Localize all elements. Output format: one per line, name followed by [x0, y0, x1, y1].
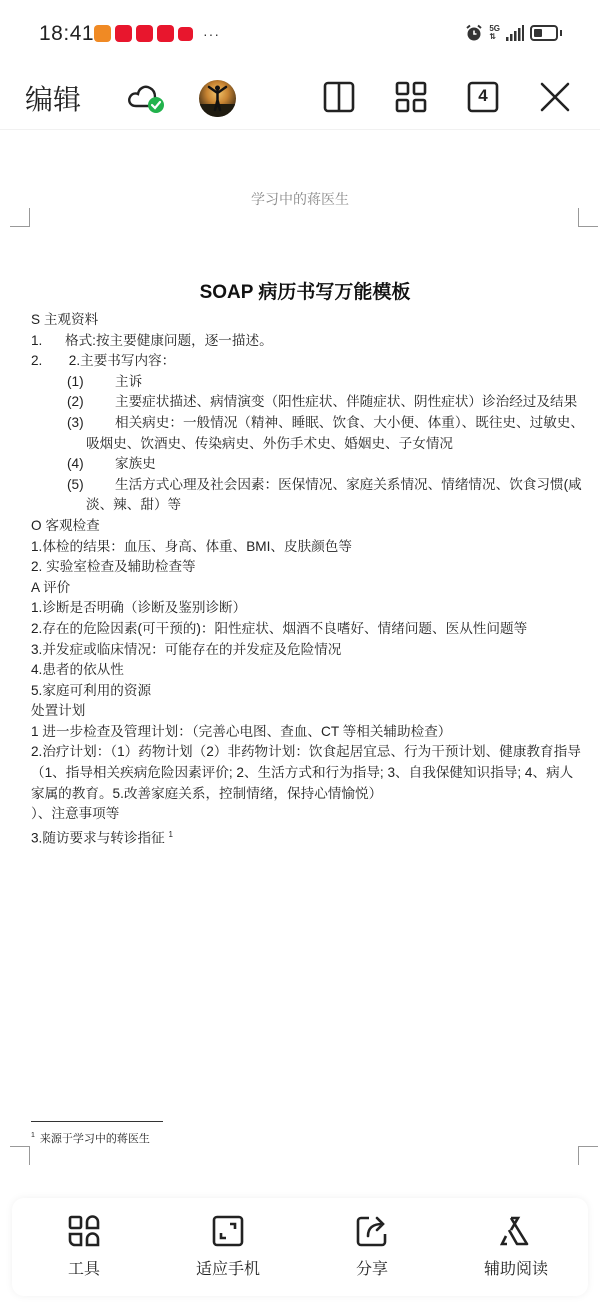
page-header: 学习中的蒋医生 — [0, 189, 600, 209]
clock: 18:41 — [39, 22, 94, 46]
page-count-button[interactable]: 4 — [466, 80, 500, 114]
list-item: 1 进一步检查及管理计划：（完善心电图、查血、CT 等相关辅助检查） — [31, 722, 581, 743]
list-item: 3.并发症或临床情况：可能存在的并发症及危险情况 — [31, 640, 581, 661]
crop-mark — [578, 208, 598, 227]
tools-grid-icon — [67, 1214, 101, 1248]
sub-list-item: (4)家族史 — [67, 454, 581, 475]
crop-mark — [10, 208, 30, 227]
footnote: 1来源于学习中的蒋医生 — [31, 1130, 150, 1146]
split-view-icon[interactable] — [322, 80, 356, 114]
battery-icon — [530, 25, 558, 41]
share-icon — [355, 1214, 389, 1248]
crop-mark — [578, 1146, 598, 1165]
avatar-figure-icon — [199, 80, 236, 117]
battery-tip — [560, 30, 562, 36]
tools-button[interactable]: 工具 — [24, 1214, 144, 1279]
section-heading-p: 处置计划 — [31, 701, 581, 722]
sub-list-item-continuation: 吸烟史、饮酒史、传染病史、外伤手术史、婚姻史、子女情况 — [31, 434, 581, 455]
app-notification-icon — [115, 25, 132, 42]
list-item: 2. 实验室检查及辅助检查等 — [31, 557, 581, 578]
list-item: 4.患者的依从性 — [31, 660, 581, 681]
app-notification-icon — [157, 25, 174, 42]
system-icons: 5G⇅ — [465, 24, 562, 42]
footnote-ref[interactable]: 1 — [168, 830, 172, 839]
list-item: 2. 2.主要书写内容： — [31, 351, 581, 372]
sub-list-item: (5)生活方式心理及社会因素：医保情况、家庭关系情况、情绪情况、饮食习惯(咸 — [67, 475, 581, 496]
fit-phone-button[interactable]: 适应手机 — [168, 1214, 288, 1279]
document-body[interactable]: S 主观资料 1.格式:按主要健康问题，逐一描述。 2. 2.主要书写内容： (… — [31, 310, 581, 849]
page-count: 4 — [466, 86, 500, 106]
edit-button[interactable]: 编辑 — [25, 78, 81, 118]
list-item: 1.体检的结果：血压、身高、体重、BMI、皮肤颜色等 — [31, 537, 581, 558]
app-notification-icon — [94, 25, 111, 42]
sub-list-item: (1)主诉 — [67, 372, 581, 393]
sub-list-item-continuation: 淡、辣、甜）等 — [31, 495, 581, 516]
sub-list-item: (3)相关病史：一般情况（精神、睡眠、饮食、大小便、体重）、既往史、过敏史、 — [67, 413, 581, 434]
more-notifications-icon: ··· — [203, 26, 220, 42]
list-item: 3.随访要求与转诊指征 1 — [31, 825, 581, 849]
avatar[interactable] — [199, 80, 236, 117]
sub-list-item: (2)主要症状描述、病情演变（阳性症状、伴随症状、阴性症状）诊治经过及结果 — [67, 392, 581, 413]
list-item: 2.治疗计划：（1）药物计划（2）非药物计划：饮食起居宜忌、行为干预计划、健康教… — [31, 742, 581, 804]
list-item: 2.存在的危险因素(可干预的)：阳性症状、烟酒不良嗜好、情绪问题、医从性问题等 — [31, 619, 581, 640]
assisted-reading-icon — [497, 1214, 535, 1248]
crop-mark — [10, 1146, 30, 1165]
share-button[interactable]: 分享 — [312, 1214, 432, 1279]
app-notification-icon — [178, 27, 193, 41]
editor-toolbar: 编辑 4 — [0, 64, 600, 130]
app-notification-icon — [136, 25, 153, 42]
footnote-separator — [31, 1121, 163, 1122]
list-item: 1.格式:按主要健康问题，逐一描述。 — [31, 331, 581, 352]
section-heading-o: O 客观检查 — [31, 516, 581, 537]
alarm-icon — [465, 24, 483, 42]
document-title: SOAP 病历书写万能模板 — [0, 277, 600, 304]
section-heading-a: A 评价 — [31, 578, 581, 599]
fit-screen-icon — [211, 1214, 245, 1248]
assisted-reading-button[interactable]: 辅助阅读 — [456, 1214, 576, 1279]
list-item: ）、注意事项等 — [31, 804, 581, 825]
grid-view-icon[interactable] — [394, 80, 428, 114]
cloud-synced-icon[interactable] — [126, 80, 166, 114]
notification-icons: ··· — [94, 25, 220, 42]
status-bar: 18:41 ··· 5G⇅ — [0, 0, 600, 64]
bottom-action-bar: 工具 适应手机 分享 辅助阅读 — [12, 1198, 588, 1296]
close-icon[interactable] — [538, 80, 572, 114]
network-type: 5G⇅ — [489, 25, 500, 41]
section-heading-s: S 主观资料 — [31, 310, 581, 331]
signal-icon — [506, 25, 524, 41]
list-item: 1.诊断是否明确（诊断及鉴别诊断） — [31, 598, 581, 619]
list-item: 5.家庭可利用的资源 — [31, 681, 581, 702]
